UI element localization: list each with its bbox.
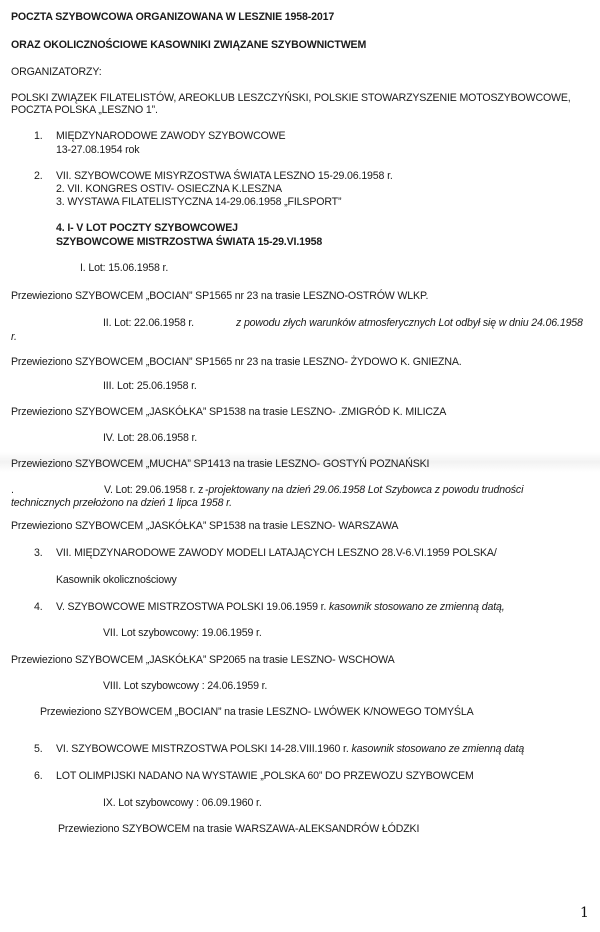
item-number: 5. [34, 743, 43, 756]
item-note: kasownik stosowano ze zmienną datą [351, 743, 524, 755]
item-text: VII. SZYBOWCOWE MISYRZOSTWA ŚWIATA LESZN… [56, 170, 393, 183]
item-note: kasownik stosowano ze zmienną datą, [329, 601, 505, 613]
item-text-main: VI. SZYBOWCOWE MISTRZOSTWA POLSKI 14-28.… [56, 743, 349, 755]
flight-label: II. Lot: 22.06.1958 r. [103, 317, 194, 330]
item-text: LOT OLIMPIJSKI NADANO NA WYSTAWIE „POLSK… [56, 770, 474, 783]
flight-route: Przewieziono SZYBOWCEM „BOCIAN” na trasi… [40, 706, 474, 719]
flight-route: Przewieziono SZYBOWCEM „MUCHA” SP1413 na… [11, 458, 429, 471]
item-sub: 13-27.08.1954 rok [56, 144, 139, 157]
flight-route: Przewieziono SZYBOWCEM „JASKÓŁKA” SP1538… [11, 520, 398, 533]
flight-label: IX. Lot szybowcowy : 06.09.1960 r. [103, 797, 262, 810]
item-text: V. SZYBOWCOWE MISTRZOSTWA POLSKI 19.06.1… [56, 601, 505, 614]
flight-note-continued: r. [11, 331, 17, 344]
flight-route: Przewieziono SZYBOWCEM „JASKÓŁKA” SP1538… [11, 406, 446, 419]
item-number: 3. [34, 547, 43, 560]
flight-label: VII. Lot szybowcowy: 19.06.1959 r. [103, 627, 262, 640]
organizers-label: ORGANIZATORZY: [11, 66, 102, 79]
item-number: 1. [34, 130, 43, 143]
item-sub: Kasownik okolicznościowy [56, 574, 177, 587]
item-number: 4. [34, 601, 43, 614]
flight-route: Przewieziono SZYBOWCEM „BOCIAN” SP1565 n… [11, 356, 462, 369]
flight-route: Przewieziono SZYBOWCEM na trasie WARSZAW… [58, 823, 419, 836]
item-text: VII. MIĘDZYNARODOWE ZAWODY MODELI LATAJĄ… [56, 547, 497, 560]
flight-label: IV. Lot: 28.06.1958 r. [103, 432, 197, 445]
section-heading: 4. I- V LOT POCZTY SZYBOWCOWEJ [56, 222, 238, 235]
item-number: 2. [34, 170, 43, 183]
flight-route: Przewieziono SZYBOWCEM „BOCIAN” SP1565 n… [11, 290, 428, 303]
flight-label: I. Lot: 15.06.1958 r. [80, 262, 168, 275]
page-number: 1 [580, 905, 589, 921]
item-sub: 3. WYSTAWA FILATELISTYCZNA 14-29.06.1958… [56, 196, 341, 209]
organizers-line-2: POCZTA POLSKA „LESZNO 1”. [11, 104, 158, 117]
section-heading: SZYBOWCOWE MISTRZOSTWA ŚWIATA 15-29.VI.1… [56, 236, 322, 249]
flight-note-continued: technicznych przełożono na dzień 1 lipca… [11, 497, 232, 510]
item-text-main: V. SZYBOWCOWE MISTRZOSTWA POLSKI 19.06.1… [56, 601, 326, 613]
flight-label: V. Lot: 29.06.1958 r. z [104, 484, 203, 497]
item-text: MIĘDZYNARODOWE ZAWODY SZYBOWCOWE [56, 130, 285, 143]
flight-label: III. Lot: 25.06.1958 r. [103, 380, 197, 393]
item-text: VI. SZYBOWCOWE MISTRZOSTWA POLSKI 14-28.… [56, 743, 524, 756]
stray-mark: . [11, 484, 14, 497]
flight-note: -projektowany na dzień 29.06.1958 Lot Sz… [205, 484, 523, 497]
item-sub: 2. VII. KONGRES OSTIV- OSIECZNA K.LESZNA [56, 183, 282, 196]
flight-route: Przewieziono SZYBOWCEM „JASKÓŁKA” SP2065… [11, 654, 395, 667]
document-title: POCZTA SZYBOWCOWA ORGANIZOWANA W LESZNIE… [11, 11, 334, 24]
flight-note: z powodu złych warunków atmosferycznych … [236, 317, 583, 330]
item-number: 6. [34, 770, 43, 783]
flight-label: VIII. Lot szybowcowy : 24.06.1959 r. [103, 680, 267, 693]
document-subtitle: ORAZ OKOLICZNOŚCIOWE KASOWNIKI ZWIĄZANE … [11, 39, 366, 52]
